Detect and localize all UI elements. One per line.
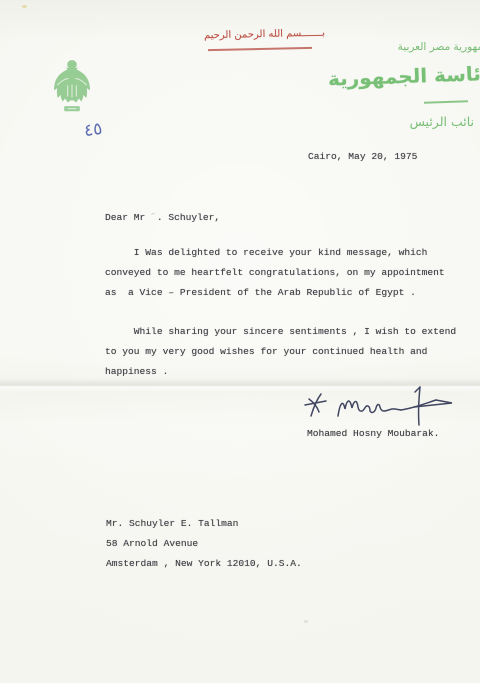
recipient-name-line: Mr. Schuyler E. Tallman xyxy=(106,518,238,529)
letterhead-underline xyxy=(424,100,468,104)
salutation-line: Dear Mr ˝. Schuyler, xyxy=(105,212,220,223)
body-line: While sharing your sincere sentiments , … xyxy=(105,326,456,337)
letterhead-republic-line: جمهورية مصر العربية xyxy=(398,41,480,53)
bismillah-underline xyxy=(208,47,312,51)
salutation-text: . Schuyler, xyxy=(157,212,220,223)
salutation-text: Dear Mr xyxy=(105,212,151,223)
body-line: I Was delighted to receive your kind mes… xyxy=(105,247,427,258)
handwritten-number-blue: ٤٥ xyxy=(83,119,104,141)
recipient-city-line: Amsterdam , New York 12010, U.S.A. xyxy=(106,558,302,569)
handwritten-signature xyxy=(302,385,457,429)
recipient-street-line: 58 Arnold Avenue xyxy=(106,538,198,549)
letterhead-vice-president-line: نائب الرئيس xyxy=(410,114,474,129)
typed-signature-name: Mohamed Hosny Moubarak. xyxy=(307,428,439,439)
eagle-emblem-stamp xyxy=(46,59,98,115)
letterhead-presidency-line: رئاسة الجمهورية xyxy=(327,62,480,91)
body-line: conveyed to me heartfelt congratulations… xyxy=(105,267,445,278)
dateline: Cairo, May 20, 1975 xyxy=(308,151,417,162)
body-line: as a Vice – President of the Arab Republ… xyxy=(105,287,416,298)
body-line: to you my very good wishes for your cont… xyxy=(105,346,427,357)
paper-speck xyxy=(304,620,308,623)
bismillah-red-stamp: بـــــــسم الله الرحمن الرحيم xyxy=(204,28,325,42)
salutation-faint-mark: ˝ xyxy=(151,212,157,223)
letter-scan: بـــــــسم الله الرحمن الرحيم جمهورية مص… xyxy=(0,0,480,683)
paper-speck xyxy=(22,5,27,8)
body-line: happiness . xyxy=(105,366,168,377)
